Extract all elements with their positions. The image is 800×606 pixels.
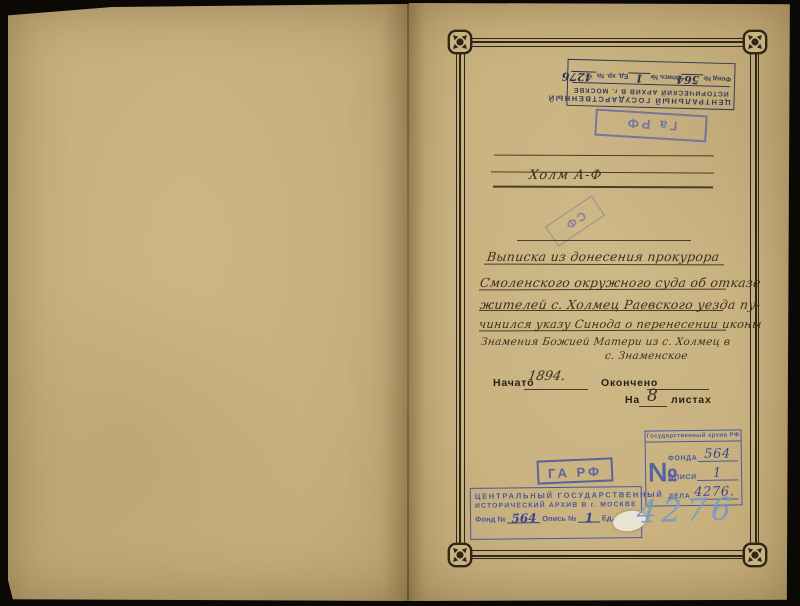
corner-ornament-icon bbox=[742, 542, 768, 568]
ed-hr-label: Ед. хр. № bbox=[596, 72, 628, 80]
tsgiam-stamp: ЦЕНТРАЛЬНЫЙ ГОСУДАРСТВЕННЫЙ ИСТОРИЧЕСКИЙ… bbox=[470, 486, 643, 540]
opis-value-handwritten: 1 bbox=[578, 514, 600, 523]
fond-label: Фонд № bbox=[475, 515, 506, 524]
corner-ornament-icon bbox=[447, 29, 473, 55]
fold-crease bbox=[407, 4, 409, 601]
scanned-archive-cover: ЦЕНТРАЛЬНЫЙ ГОСУДАРСТВЕННЫЙ ИСТОРИЧЕСКИЙ… bbox=[0, 0, 800, 606]
fonda-value-handwritten: 564 bbox=[697, 448, 738, 462]
corner-ornament-icon bbox=[447, 542, 473, 568]
opisi-value-handwritten: 1 bbox=[697, 467, 739, 481]
nachato-value-handwritten: 1894. bbox=[527, 369, 567, 384]
case-number-handwritten: 4276 bbox=[636, 491, 737, 531]
ruled-line bbox=[517, 240, 691, 241]
sheets-label: листах bbox=[671, 394, 712, 406]
opis-label: Опись № bbox=[650, 73, 681, 81]
archive-stamp-top-inverted: ЦЕНТРАЛЬНЫЙ ГОСУДАРСТВЕННЫЙ ИСТОРИЧЕСКИЙ… bbox=[566, 59, 735, 110]
ed-hr-value-handwritten: 4276 bbox=[571, 71, 596, 81]
shelf-annotation-handwritten: Холм А-Ф bbox=[528, 168, 603, 183]
case-title-line: Выписка из донесения прокурора bbox=[486, 249, 720, 264]
stamp-line: ИСТОРИЧЕСКИЙ АРХИВ В г. МОСКВЕ bbox=[475, 501, 637, 510]
right-page: ЦЕНТРАЛЬНЫЙ ГОСУДАРСТВЕННЫЙ ИСТОРИЧЕСКИЙ… bbox=[409, 3, 791, 601]
case-title-line: Знамения Божией Матери из с. Холмец в bbox=[480, 336, 731, 348]
fond-value-handwritten: 564 bbox=[681, 74, 703, 84]
na-label: На bbox=[625, 394, 640, 406]
stamp-line: ЦЕНТРАЛЬНЫЙ ГОСУДАРСТВЕННЫЙ bbox=[475, 490, 637, 501]
left-page bbox=[8, 4, 409, 601]
corner-ornament-icon bbox=[742, 29, 768, 55]
ruled-line bbox=[524, 389, 588, 390]
opis-value-handwritten: 1 bbox=[628, 73, 650, 83]
case-title-line: с. Знаменское bbox=[604, 350, 688, 362]
fond-label: Фонд № bbox=[703, 75, 731, 83]
fond-value-handwritten: 564 bbox=[507, 514, 540, 523]
ruled-line bbox=[639, 406, 667, 407]
opis-label: Опись № bbox=[542, 514, 576, 523]
sheets-value-handwritten: 8 bbox=[647, 386, 658, 406]
garf-stamp: ГА РФ bbox=[537, 457, 614, 484]
ruled-line bbox=[479, 310, 723, 311]
